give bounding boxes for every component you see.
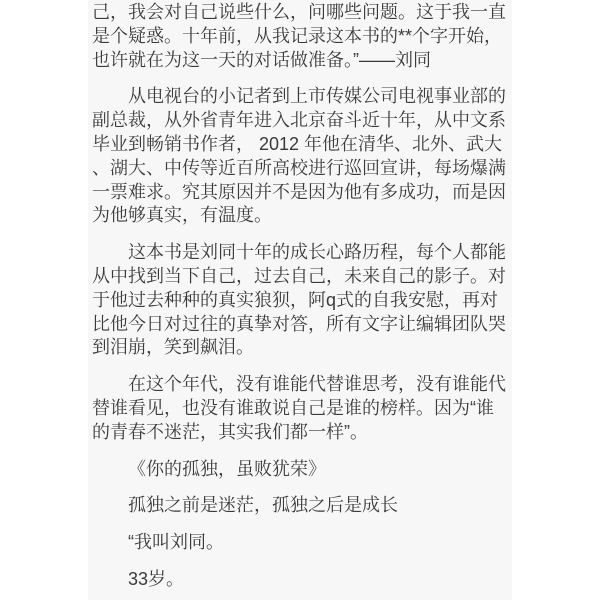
text-line: 替谁看见，也没有谁敢说自己是谁的榜样。因为“谁 <box>92 397 507 421</box>
text-line: 一票难求。究其原因并不是因为他有多成功，而是因 <box>92 181 507 205</box>
paragraph: 33岁。 <box>92 568 507 592</box>
text-line: 是个疑惑。十年前，从我记录这本书的**个字开始， <box>92 25 507 49</box>
text-line: 到泪崩，笑到飙泪。 <box>92 336 507 360</box>
paragraph: 己，我会对自己说些什么，问哪些问题。这于我一直 是个疑惑。十年前，从我记录这本书… <box>92 1 507 72</box>
text-line: 毕业到畅销书作者， 2012 年他在清华、北外、武大 <box>92 133 507 157</box>
paragraph-book-title: 《你的孤独，虽败犹荣》 <box>92 458 507 482</box>
paragraph: 在这个年代，没有谁能代替谁思考，没有谁能代 替谁看见，也没有谁敢说自己是谁的榜样… <box>92 373 507 444</box>
text-line: 33岁。 <box>92 568 507 592</box>
text-line: 在这个年代，没有谁能代替谁思考，没有谁能代 <box>92 373 507 397</box>
reading-page: 己，我会对自己说些什么，问哪些问题。这于我一直 是个疑惑。十年前，从我记录这本书… <box>88 0 512 600</box>
reader-canvas: 己，我会对自己说些什么，问哪些问题。这于我一直 是个疑惑。十年前，从我记录这本书… <box>0 0 600 600</box>
text-line: “我叫刘同。 <box>92 531 507 555</box>
text-line: 比他今日对过往的真挚对答，所有文字让编辑团队哭 <box>92 313 507 337</box>
text-line: 副总裁，从外省青年进入北京奋斗近十年，从中文系 <box>92 109 507 133</box>
text-line: 、湖大、中传等近百所高校进行巡回宣讲，每场爆满 <box>92 157 507 181</box>
text-line: 为他够真实，有温度。 <box>92 204 507 228</box>
text-line: 这本书是刘同十年的成长心路历程，每个人都能 <box>92 241 507 265</box>
paragraph: 从电视台的小记者到上市传媒公司电视事业部的 副总裁，从外省青年进入北京奋斗近十年… <box>92 85 507 228</box>
paragraph: 这本书是刘同十年的成长心路历程，每个人都能 从中找到当下自己，过去自己，未来自己… <box>92 241 507 360</box>
text-line: 从电视台的小记者到上市传媒公司电视事业部的 <box>92 85 507 109</box>
paragraph: “我叫刘同。 <box>92 531 507 555</box>
text-line: 从中找到当下自己，过去自己，未来自己的影子。对 <box>92 265 507 289</box>
text-line: 孤独之前是迷茫，孤独之后是成长 <box>92 494 507 518</box>
text-line: 《你的孤独，虽败犹荣》 <box>92 458 507 482</box>
text-line: 的青春不迷茫，其实我们都一样”。 <box>92 421 507 445</box>
paragraph: 孤独之前是迷茫，孤独之后是成长 <box>92 494 507 518</box>
text-line: 己，我会对自己说些什么，问哪些问题。这于我一直 <box>92 1 507 25</box>
text-line: 于他过去种种的真实狼狈，阿q式的自我安慰，再对 <box>92 289 507 313</box>
text-line: 也许就在为这一天的对话做准备。”——刘同 <box>92 49 507 73</box>
